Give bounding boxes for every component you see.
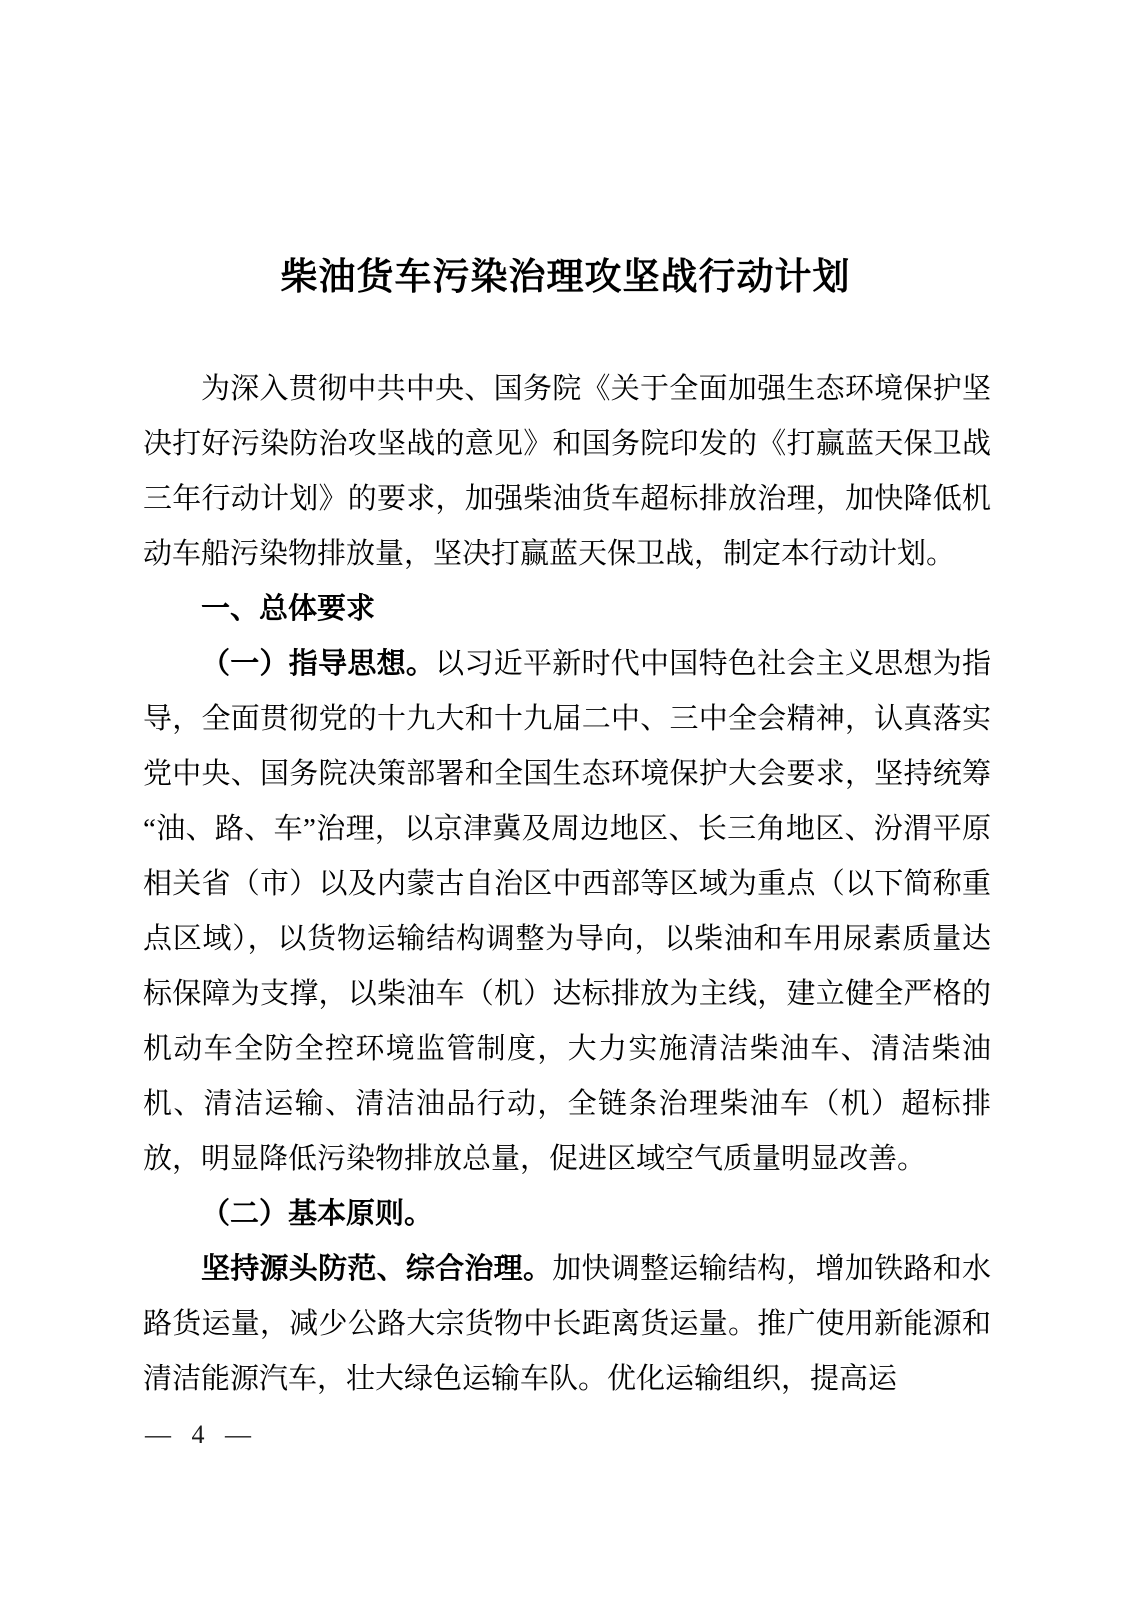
page-number: — 4 — (145, 1420, 254, 1450)
document-body: 为深入贯彻中共中央、国务院《关于全面加强生态环境保护坚决打好污染防治攻坚战的意见… (143, 362, 991, 1407)
paragraph-basic-principles: 坚持源头防范、综合治理。加快调整运输结构，增加铁路和水路货运量，减少公路大宗货物… (143, 1242, 991, 1407)
paragraph-body-guiding-ideology: 以习近平新时代中国特色社会主义思想为指导，全面贯彻党的十九大和十九届二中、三中全… (143, 648, 991, 1175)
section-heading-overall-requirements: 一、总体要求 (143, 582, 991, 637)
subsection-heading-text: （二）基本原则。 (201, 1198, 433, 1230)
intro-paragraph-text: 为深入贯彻中共中央、国务院《关于全面加强生态环境保护坚决打好污染防治攻坚战的意见… (143, 373, 991, 570)
document-title: 柴油货车污染治理攻坚战行动计划 (0, 246, 1131, 300)
subsection-heading-basic-principles: （二）基本原则。 (143, 1187, 991, 1242)
paragraph-lead-guiding-ideology: （一）指导思想。 (201, 648, 435, 680)
document-page: 柴油货车污染治理攻坚战行动计划 为深入贯彻中共中央、国务院《关于全面加强生态环境… (0, 0, 1131, 1600)
intro-paragraph: 为深入贯彻中共中央、国务院《关于全面加强生态环境保护坚决打好污染防治攻坚战的意见… (143, 362, 991, 582)
section-heading-text: 一、总体要求 (201, 593, 375, 625)
paragraph-lead-basic-principles: 坚持源头防范、综合治理。 (201, 1253, 552, 1285)
paragraph-guiding-ideology: （一）指导思想。以习近平新时代中国特色社会主义思想为指导，全面贯彻党的十九大和十… (143, 637, 991, 1187)
